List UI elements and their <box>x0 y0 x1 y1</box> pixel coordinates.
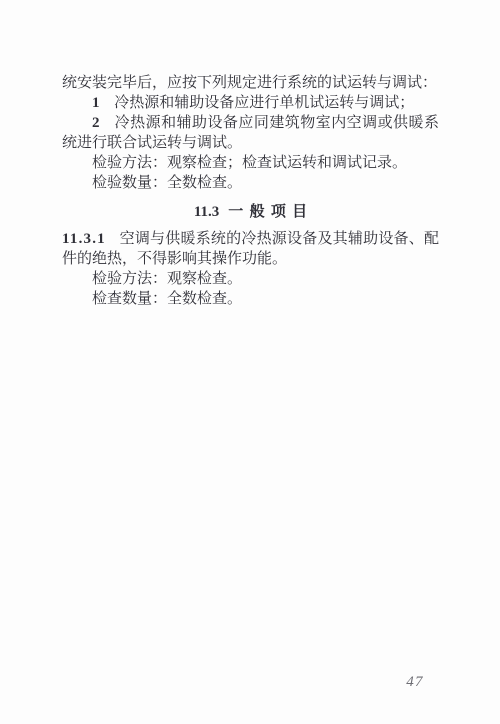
inspection-quantity-line-1: 检验数量：全数检查。 <box>62 173 439 193</box>
inspection-quantity-line-2: 检查数量：全数检查。 <box>62 289 439 309</box>
section-title: 一般项目 <box>228 202 313 222</box>
clause-11-3-1: 11.3.1空调与供暖系统的冷热源设备及其辅助设备、配件的绝热，不得影响其操作功… <box>62 229 439 269</box>
list-item-2: 2冷热源和辅助设备应同建筑物室内空调或供暖系统进行联合试运转与调试。 <box>62 113 439 153</box>
document-page: 统安装完毕后，应按下列规定进行系统的试运转与调试： 1冷热源和辅助设备应进行单机… <box>0 0 500 724</box>
paragraph-continuation: 统安装完毕后，应按下列规定进行系统的试运转与调试： <box>62 73 439 93</box>
clause-number: 11.3.1 <box>62 231 106 247</box>
inspection-method-line-1: 检验方法：观察检查；检查试运转和调试记录。 <box>62 153 439 173</box>
section-number: 11.3 <box>194 202 219 222</box>
clause-text: 空调与供暖系统的冷热源设备及其辅助设备、配件的绝热，不得影响其操作功能。 <box>62 231 439 267</box>
inspection-method-line-2: 检验方法：观察检查。 <box>62 269 439 289</box>
section-heading: 11.3一般项目 <box>62 202 439 222</box>
list-item-1-number: 1 <box>92 95 101 111</box>
list-item-2-text: 冷热源和辅助设备应同建筑物室内空调或供暖系统进行联合试运转与调试。 <box>62 115 439 151</box>
list-item-1: 1冷热源和辅助设备应进行单机试运转与调试； <box>62 93 439 113</box>
page-number: 47 <box>400 674 430 691</box>
list-item-1-text: 冷热源和辅助设备应进行单机试运转与调试； <box>114 95 414 111</box>
page-body-text: 统安装完毕后，应按下列规定进行系统的试运转与调试： 1冷热源和辅助设备应进行单机… <box>62 73 439 309</box>
list-item-2-number: 2 <box>92 115 101 131</box>
